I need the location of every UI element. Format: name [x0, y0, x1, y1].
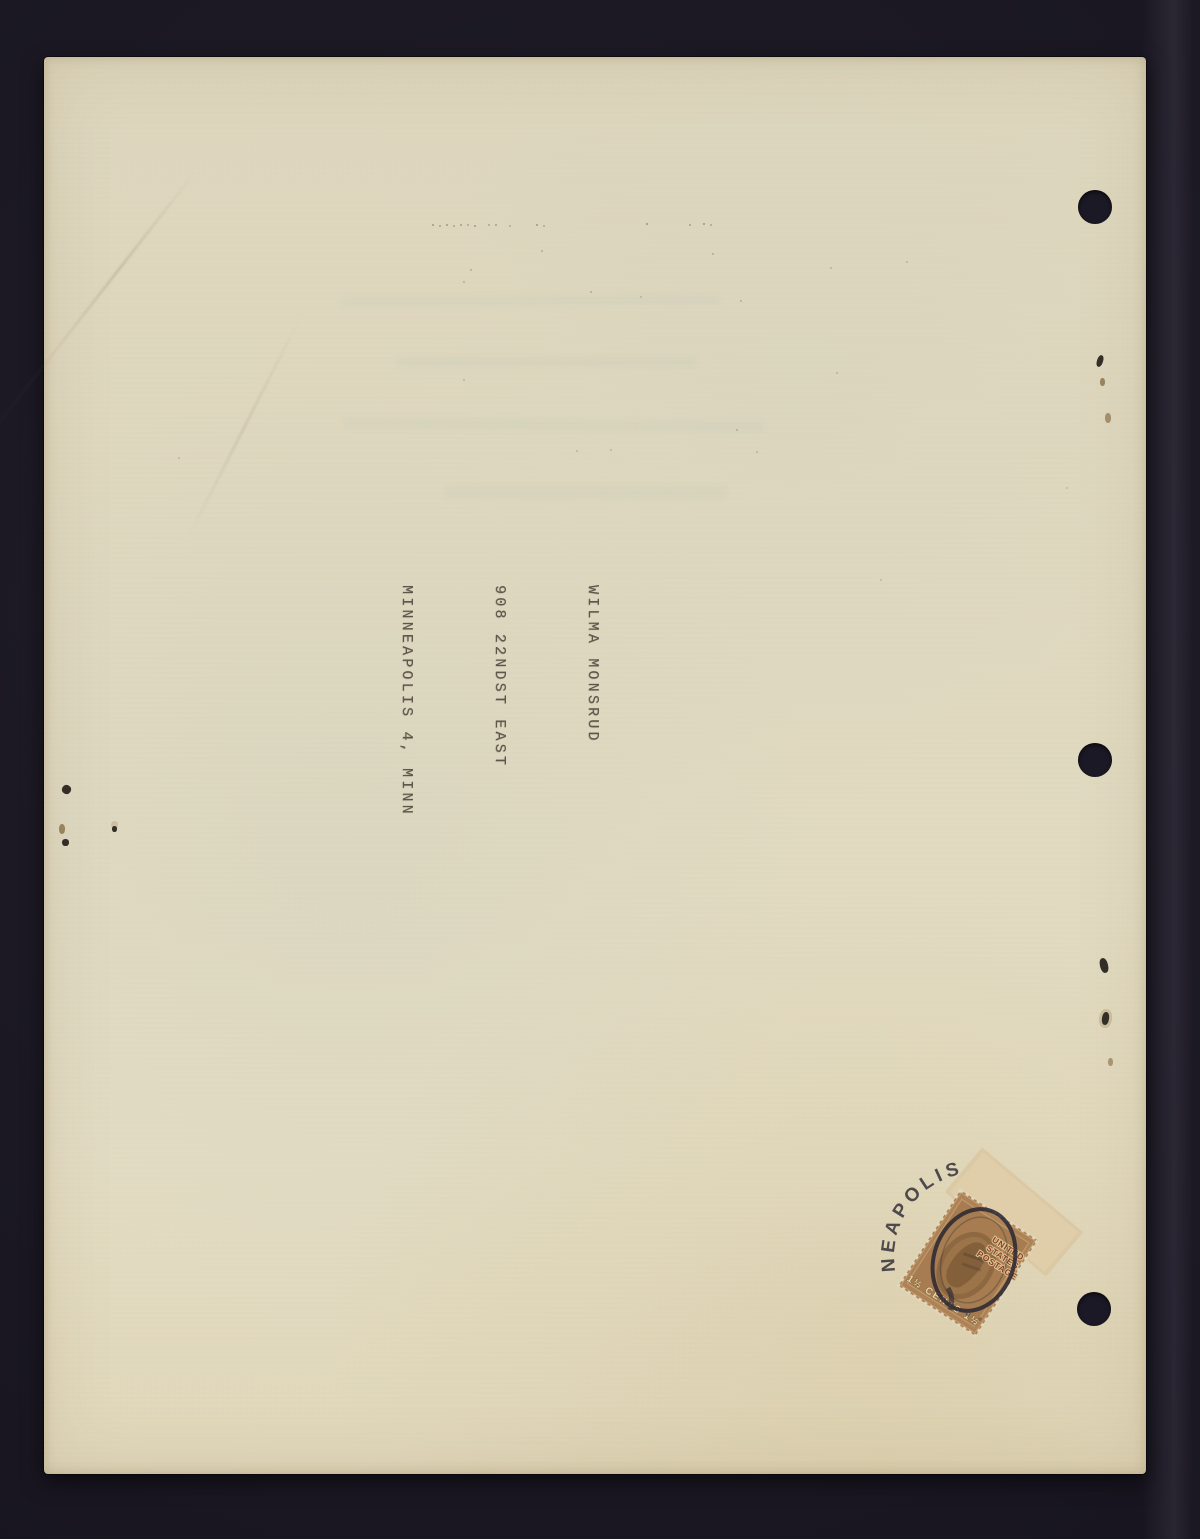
ink-speck — [60, 783, 72, 795]
scanner-bed-sheen — [1142, 0, 1200, 1539]
show-through-smudge — [396, 357, 696, 367]
scanned-document: WILMA MONSRUD 908 22NDST EAST MINNEAPOLI… — [0, 0, 1200, 1539]
address-line-3: MINNEAPOLIS 4, MINN — [391, 585, 422, 845]
address-line-2: 908 22NDST EAST — [484, 585, 515, 845]
ink-speck — [1098, 957, 1109, 973]
show-through-smudge — [446, 487, 726, 498]
punch-hole-middle — [1078, 743, 1112, 777]
paper-page: WILMA MONSRUD 908 22NDST EAST MINNEAPOLI… — [44, 57, 1146, 1474]
show-through-dots — [44, 57, 46, 59]
show-through-dots — [44, 57, 46, 59]
show-through-smudge — [340, 294, 720, 308]
punch-hole-top — [1078, 190, 1112, 224]
paper-crease — [184, 312, 304, 545]
ink-speck — [112, 826, 117, 832]
address-block: WILMA MONSRUD 908 22NDST EAST MINNEAPOLI… — [574, 585, 670, 845]
ink-speck — [59, 824, 65, 834]
postage-stamp-area: UNITED STATES POSTAGE 1½ CENTS 1½ NEAPOL… — [850, 1138, 1090, 1378]
ink-speck — [1100, 378, 1105, 386]
ink-speck — [1105, 413, 1111, 423]
ink-speck — [1108, 1058, 1113, 1066]
paper-crease — [0, 171, 196, 464]
show-through-smudge — [344, 417, 764, 433]
ink-speck — [62, 839, 69, 846]
address-line-1: WILMA MONSRUD — [577, 585, 608, 845]
ink-speck — [1101, 1012, 1110, 1026]
ink-speck — [1095, 354, 1104, 367]
